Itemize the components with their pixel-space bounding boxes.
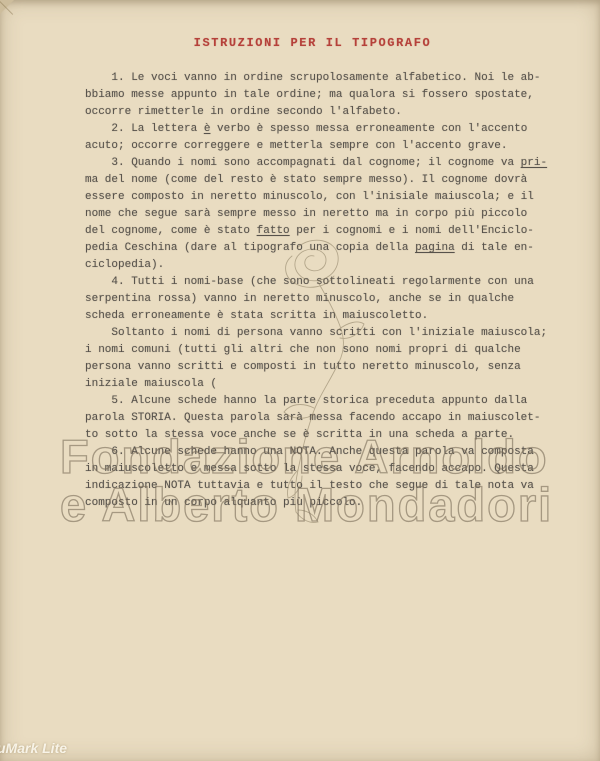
text-line: composto in un corpo alquanto più piccol… [85, 495, 555, 512]
paper-corner-fold [0, 0, 14, 14]
text-line: 1. Le voci vanno in ordine scrupolosamen… [85, 70, 555, 87]
text-line: del cognome, come è stato fatto per i co… [85, 223, 555, 240]
text-line: serpentina rossa) vanno in neretto minus… [85, 291, 555, 308]
text-line: parola STORIA. Questa parola sarà messa … [85, 410, 555, 427]
text-line: iniziale maiuscola ( [85, 376, 555, 393]
text-line: nome che segue sarà sempre messo in nere… [85, 206, 555, 223]
text-line: pedia Ceschina (dare al tipografo una co… [85, 240, 555, 257]
text-line: in maiuscoletto e messa sotto la stessa … [85, 461, 555, 478]
text-line: scheda erroneamente è stata scritta in m… [85, 308, 555, 325]
text-line: bbiamo messe appunto in tale ordine; ma … [85, 87, 555, 104]
text-line: 3. Quando i nomi sono accompagnati dal c… [85, 155, 555, 172]
text-line: ma del nome (come del resto è stato semp… [85, 172, 555, 189]
text-line: Soltanto i nomi di persona vanno scritti… [85, 325, 555, 342]
umark-lite-watermark: uMark Lite [0, 740, 67, 756]
text-line: essere composto in neretto minuscolo, co… [85, 189, 555, 206]
text-line: persona vanno scritti e composti in tutt… [85, 359, 555, 376]
scanned-page: ISTRUZIONI PER IL TIPOGRAFO 1. Le voci v… [0, 0, 600, 761]
document-body: 1. Le voci vanno in ordine scrupolosamen… [85, 70, 555, 512]
text-line: 4. Tutti i nomi-base (che sono sottoline… [85, 274, 555, 291]
document-title: ISTRUZIONI PER IL TIPOGRAFO [85, 36, 540, 50]
text-line: acuto; occorre correggere e metterla sem… [85, 138, 555, 155]
text-line: occorre rimetterle in ordine secondo l'a… [85, 104, 555, 121]
text-line: i nomi comuni (tutti gli altri che non s… [85, 342, 555, 359]
text-line: indicazione NOTA tuttavia e tutto il tes… [85, 478, 555, 495]
text-line: 5. Alcune schede hanno la parte storica … [85, 393, 555, 410]
text-line: to sotto la stessa voce anche se è scrit… [85, 427, 555, 444]
text-line: 2. La lettera è verbo è spesso messa err… [85, 121, 555, 138]
text-line: 6. Alcune schede hanno una NOTA. Anche q… [85, 444, 555, 461]
text-line: ciclopedia). [85, 257, 555, 274]
